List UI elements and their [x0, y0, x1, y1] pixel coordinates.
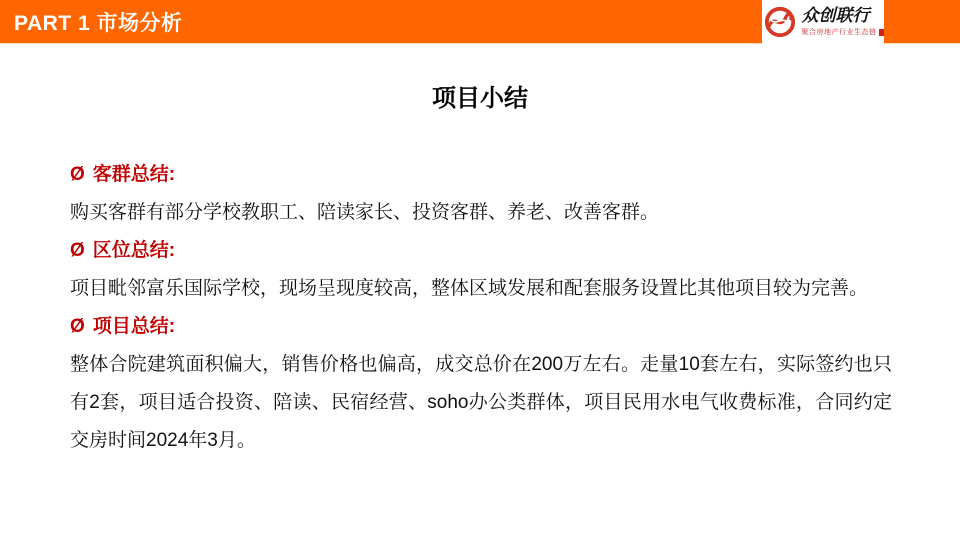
logo-tagline-row: 聚合房地产行业生态链 [802, 27, 884, 37]
bullet-icon: Ø [70, 240, 85, 261]
section-heading: 项目总结: [93, 316, 175, 337]
section-heading-row: Ø区位总结: [70, 232, 892, 270]
logo-tagline: 聚合房地产行业生态链 [802, 27, 877, 37]
bullet-icon: Ø [70, 316, 85, 337]
section-project-summary: Ø项目总结: 整体合院建筑面积偏大，销售价格也偏高，成交总价在200万左右。走量… [70, 308, 892, 460]
section-heading: 客群总结: [93, 164, 175, 185]
section-body: 购买客群有部分学校教职工、陪读家长、投资客群、养老、改善客群。 [70, 194, 892, 232]
header-title: PART 1 市场分析 [0, 7, 182, 37]
summary-sections: Ø客群总结: 购买客群有部分学校教职工、陪读家长、投资客群、养老、改善客群。 Ø… [70, 156, 892, 460]
section-body: 整体合院建筑面积偏大，销售价格也偏高，成交总价在200万左右。走量10套左右，实… [70, 346, 892, 460]
bullet-icon: Ø [70, 164, 85, 185]
section-body: 项目毗邻富乐国际学校，现场呈现度较高，整体区域发展和配套服务设置比其他项目较为完… [70, 270, 892, 308]
header-bar: PART 1 市场分析 众创联行 聚合房地产行业生态链 [0, 0, 960, 44]
section-heading-row: Ø客群总结: [70, 156, 892, 194]
section-customer-summary: Ø客群总结: 购买客群有部分学校教职工、陪读家长、投资客群、养老、改善客群。 [70, 156, 892, 232]
section-heading-row: Ø项目总结: [70, 308, 892, 346]
page-title: 项目小结 [0, 84, 960, 114]
logo-text: 众创联行 聚合房地产行业生态链 [802, 7, 884, 37]
slide: PART 1 市场分析 众创联行 聚合房地产行业生态链 项目小结 [0, 0, 960, 540]
section-heading: 区位总结: [93, 240, 175, 261]
logo-seal-icon [879, 29, 884, 36]
logo-mark-icon [763, 5, 797, 39]
logo: 众创联行 聚合房地产行业生态链 [762, 0, 884, 44]
section-location-summary: Ø区位总结: 项目毗邻富乐国际学校，现场呈现度较高，整体区域发展和配套服务设置比… [70, 232, 892, 308]
logo-name: 众创联行 [802, 7, 884, 26]
